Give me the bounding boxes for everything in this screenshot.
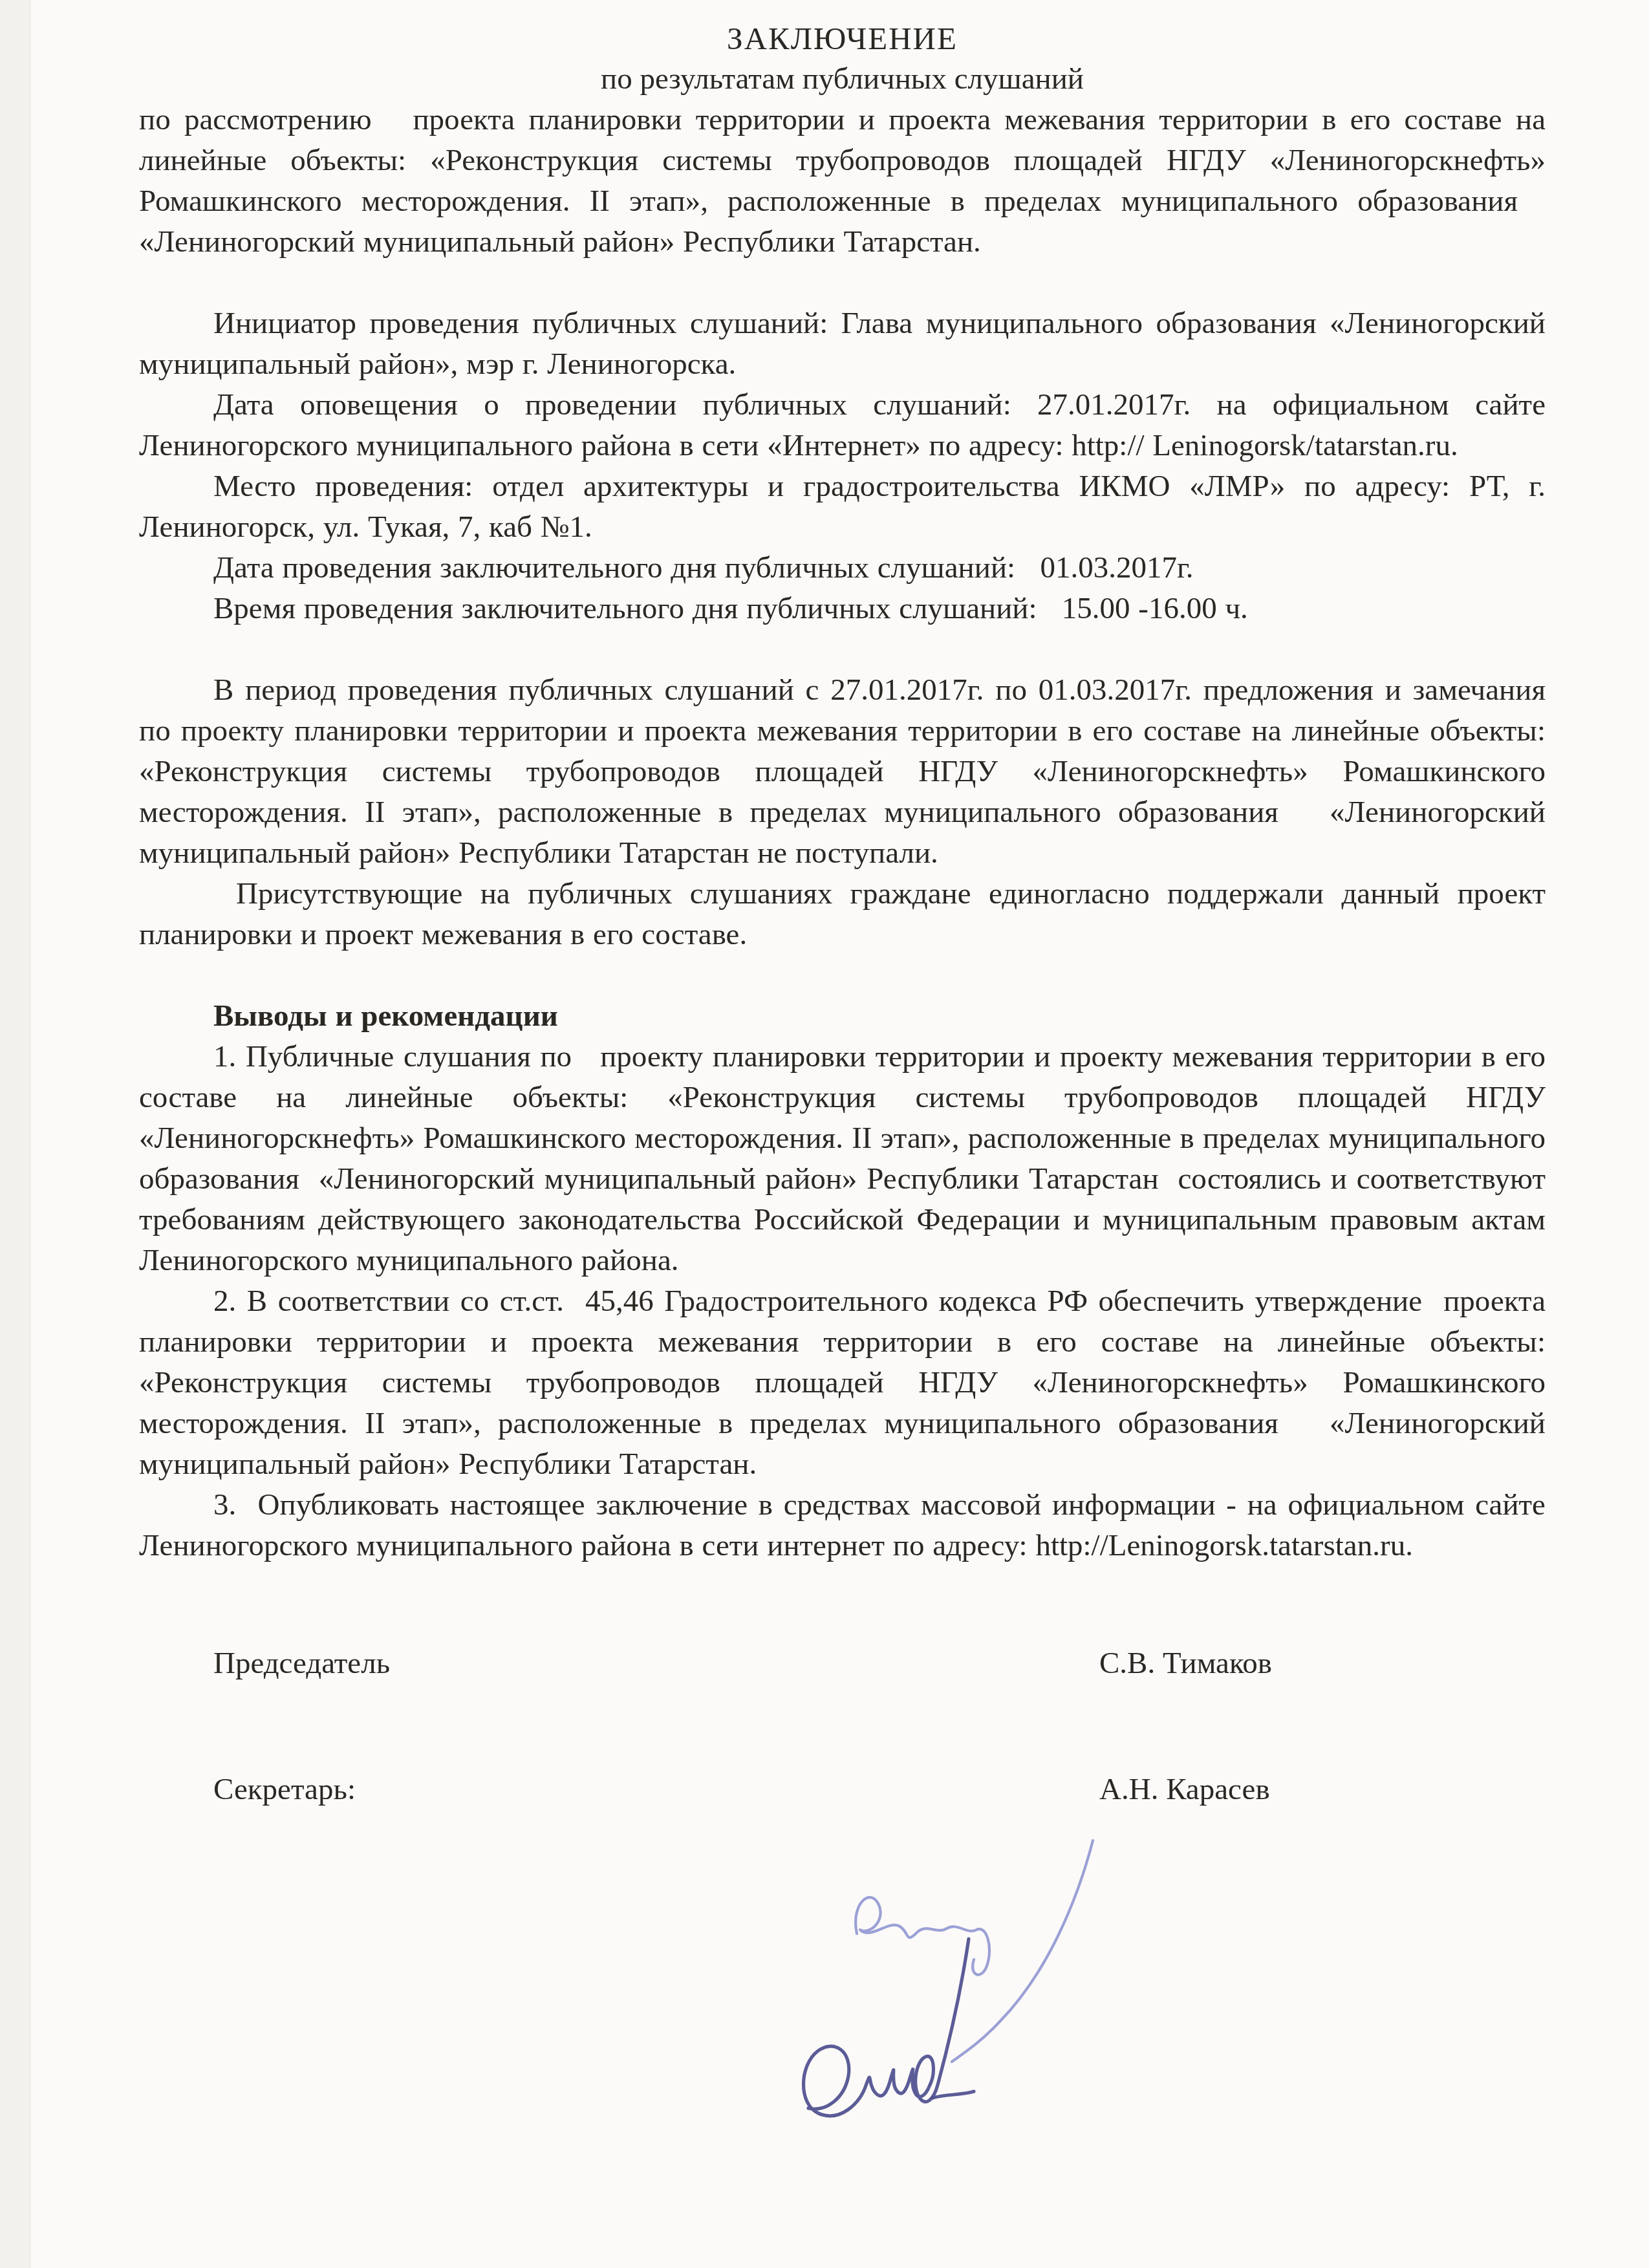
paragraph-initiator: Инициатор проведения публичных слушаний:… xyxy=(139,303,1546,385)
paragraph-unanimous-support: Присутствующие на публичных слушаниях гр… xyxy=(139,874,1546,955)
document-subtitle: по результатам публичных слушаний xyxy=(139,59,1546,100)
secretary-name: А.Н. Карасев xyxy=(1099,1769,1270,1810)
handwritten-signatures xyxy=(744,1824,1145,2147)
timakov-signature-loops xyxy=(856,1897,989,1975)
scan-edge-shadow xyxy=(0,0,30,2268)
signature-row-secretary: Секретарь: А.Н. Карасев xyxy=(139,1769,1546,1810)
paragraph-final-day-time: Время проведения заключительного дня пуб… xyxy=(139,589,1546,629)
timakov-signature-flourish xyxy=(952,1841,1093,2062)
signature-row-chairman: Председатель С.В. Тимаков xyxy=(139,1643,1546,1684)
document-title: ЗАКЛЮЧЕНИЕ xyxy=(139,18,1546,59)
title-block: ЗАКЛЮЧЕНИЕ по результатам публичных слуш… xyxy=(139,18,1546,100)
scanned-document-page: ЗАКЛЮЧЕНИЕ по результатам публичных слуш… xyxy=(0,0,1649,2268)
paragraph-conclusion-3: 3. Опубликовать настоящее заключение в с… xyxy=(139,1485,1546,1566)
paragraph-no-objections: В период проведения публичных слушаний с… xyxy=(139,670,1546,874)
chairman-label: Председатель xyxy=(213,1643,390,1684)
paragraph-conclusion-1: 1. Публичные слушания по проекту планиро… xyxy=(139,1037,1546,1281)
chairman-name: С.В. Тимаков xyxy=(1099,1643,1272,1684)
document-body: ЗАКЛЮЧЕНИЕ по результатам публичных слуш… xyxy=(139,18,1546,1810)
paragraph-intro: по рассмотрению проекта планировки терри… xyxy=(139,100,1546,263)
section-heading-conclusions: Выводы и рекомендации xyxy=(139,996,1546,1037)
secretary-label: Секретарь: xyxy=(213,1769,356,1810)
paragraph-announcement-date: Дата оповещения о проведении публичных с… xyxy=(139,385,1546,466)
paragraph-conclusion-2: 2. В соответствии со ст.ст. 45,46 Градос… xyxy=(139,1281,1546,1485)
paragraph-final-day-date: Дата проведения заключительного дня публ… xyxy=(139,548,1546,589)
karasev-signature-tick xyxy=(932,2091,974,2098)
paragraph-venue: Место проведения: отдел архитектуры и гр… xyxy=(139,466,1546,548)
karasev-signature-flourish xyxy=(804,1939,969,2116)
